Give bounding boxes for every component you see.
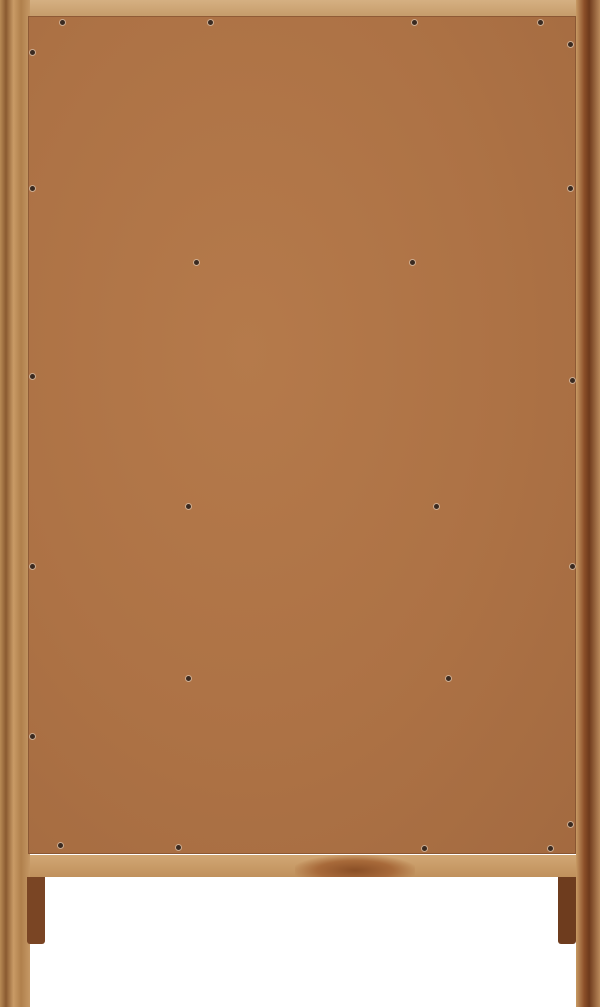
wood-knot (295, 855, 415, 877)
screw-icon (186, 504, 191, 509)
screw-icon (176, 845, 181, 850)
screw-icon (410, 260, 415, 265)
screw-icon (434, 504, 439, 509)
screw-icon (422, 846, 427, 851)
rear-leg-right (558, 877, 576, 944)
screw-icon (30, 374, 35, 379)
right-frame-leg (576, 0, 600, 1007)
screw-icon (186, 676, 191, 681)
hardboard-back-panel (28, 16, 576, 854)
screw-icon (58, 843, 63, 848)
screw-icon (412, 20, 417, 25)
screw-icon (548, 846, 553, 851)
screw-icon (568, 42, 573, 47)
rear-leg-left (27, 877, 45, 944)
screw-icon (194, 260, 199, 265)
screw-icon (30, 186, 35, 191)
screw-icon (30, 734, 35, 739)
screw-icon (568, 822, 573, 827)
screw-icon (30, 564, 35, 569)
screw-icon (538, 20, 543, 25)
left-frame-leg (0, 0, 30, 1007)
screw-icon (568, 186, 573, 191)
screw-icon (30, 50, 35, 55)
screw-icon (446, 676, 451, 681)
screw-icon (570, 564, 575, 569)
screw-icon (208, 20, 213, 25)
screw-icon (570, 378, 575, 383)
screw-icon (60, 20, 65, 25)
